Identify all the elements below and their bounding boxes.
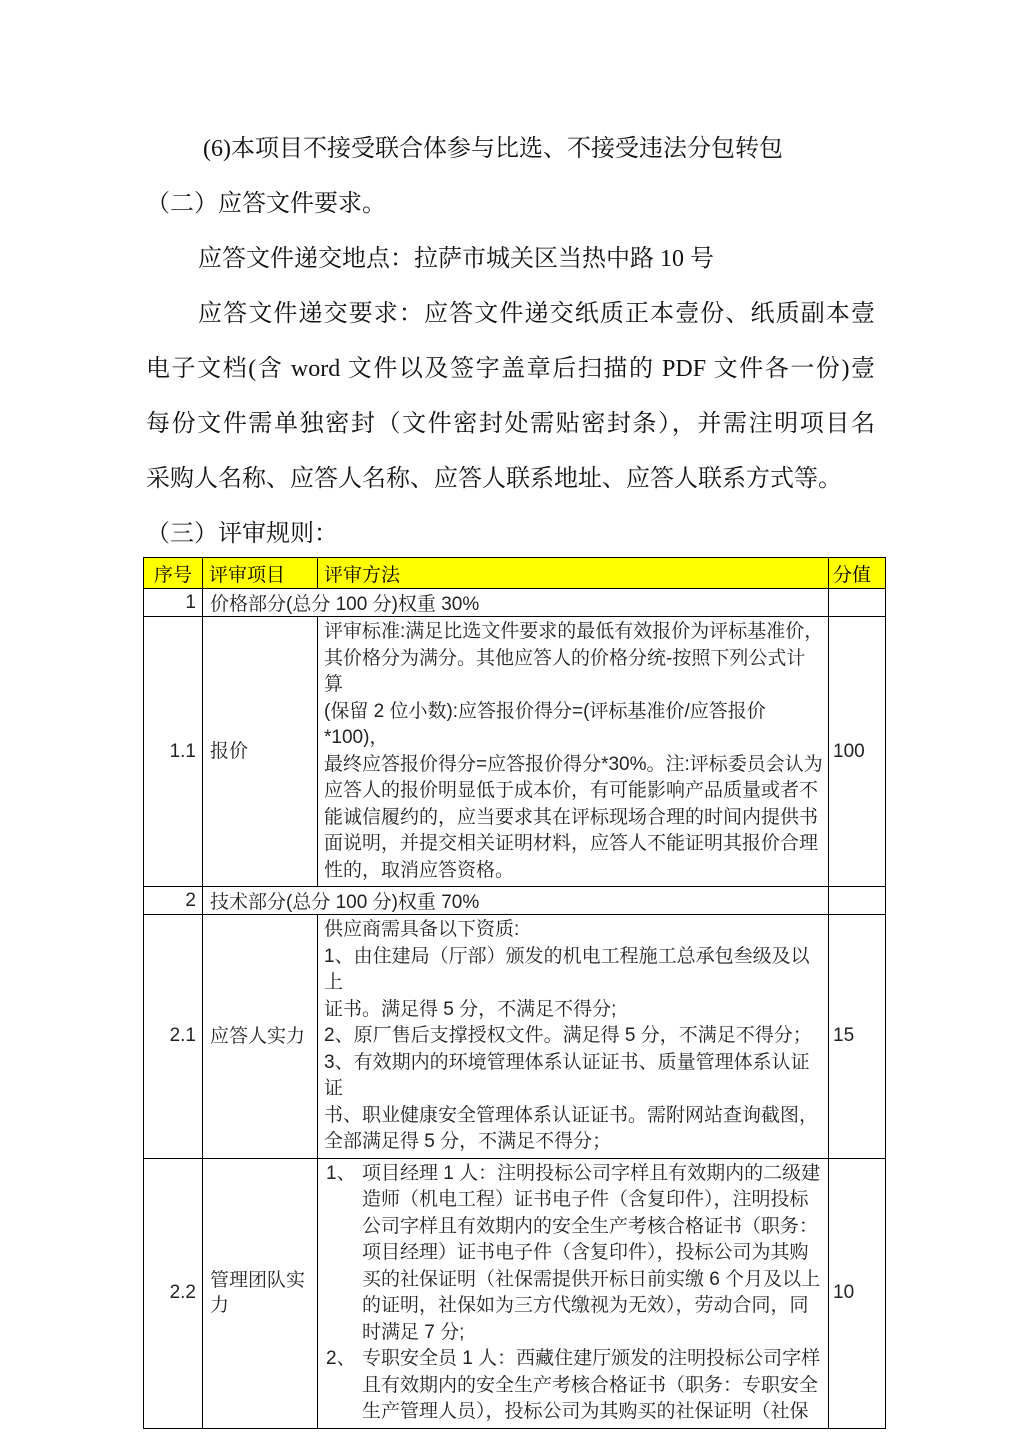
cell-no-1-1: 1.1: [144, 617, 203, 887]
row-1-1-quote: 1.1 报价 评审标准:满足比选文件要求的最低有效报价为评标基准价，其价格分为满…: [144, 617, 886, 887]
evaluation-rules-table: 序号 评审项目 评审方法 分值 1 价格部分(总分 100 分)权重 30% 1…: [143, 557, 886, 1429]
row-2-2-team: 2.2 管理团队实力 1、 项目经理 1 人：注明投标公司字样且有效期内的二级建…: [144, 1158, 886, 1428]
item-marker-2: 2、: [324, 1346, 362, 1373]
cell-item-quote: 报价: [203, 617, 318, 887]
cell-score-strength: 15: [829, 915, 886, 1159]
method-item-2: 2、 专职安全员 1 人：西藏住建厅颁发的注明投标公司字样且有效期内的安全生产考…: [324, 1346, 824, 1426]
cell-method-quote: 评审标准:满足比选文件要求的最低有效报价为评标基准价，其价格分为满分。其他应答人…: [318, 617, 829, 887]
item-text-1: 项目经理 1 人：注明投标公司字样且有效期内的二级建造师（机电工程）证书电子件（…: [362, 1161, 824, 1347]
cell-score-team: 10: [829, 1158, 886, 1428]
cell-no-1: 1: [144, 589, 203, 617]
doc-line-address: 应答文件递交地点：拉萨市城关区当热中路 10 号: [146, 232, 875, 287]
header-cell-method: 评审方法: [318, 558, 829, 589]
cell-score-1: [829, 589, 886, 617]
doc-line-requirements-3: 每份文件需单独密封（文件密封处需贴密封条），并需注明项目名称、: [146, 397, 875, 452]
cell-title-price: 价格部分(总分 100 分)权重 30%: [203, 589, 829, 617]
cell-no-2-1: 2.1: [144, 915, 203, 1159]
item-text-2: 专职安全员 1 人：西藏住建厅颁发的注明投标公司字样且有效期内的安全生产考核合格…: [362, 1346, 824, 1426]
doc-line-clause6: (6)本项目不接受联合体参与比选、不接受违法分包转包: [146, 122, 875, 177]
cell-title-technical: 技术部分(总分 100 分)权重 70%: [203, 887, 829, 915]
section-row-price: 1 价格部分(总分 100 分)权重 30%: [144, 589, 886, 617]
cell-item-strength: 应答人实力: [203, 915, 318, 1159]
doc-line-requirements-4: 采购人名称、应答人名称、应答人联系地址、应答人联系方式等。: [146, 452, 875, 507]
cell-no-2-2: 2.2: [144, 1158, 203, 1428]
item-marker-1: 1、: [324, 1161, 362, 1188]
method-item-1: 1、 项目经理 1 人：注明投标公司字样且有效期内的二级建造师（机电工程）证书电…: [324, 1161, 824, 1347]
method-text-quote: 评审标准:满足比选文件要求的最低有效报价为评标基准价，其价格分为满分。其他应答人…: [324, 619, 824, 884]
doc-heading-section2: （二）应答文件要求。: [146, 177, 875, 232]
doc-heading-section3: （三）评审规则：: [146, 507, 875, 562]
row-2-1-strength: 2.1 应答人实力 供应商需具备以下资质:1、由住建局（厅部）颁发的机电工程施工…: [144, 915, 886, 1159]
method-text-strength: 供应商需具备以下资质:1、由住建局（厅部）颁发的机电工程施工总承包叁级及以上证书…: [324, 917, 824, 1156]
section-row-technical: 2 技术部分(总分 100 分)权重 70%: [144, 887, 886, 915]
doc-line-requirements-2: 电子文档(含 word 文件以及签字盖章后扫描的 PDF 文件各一份)壹份，: [146, 342, 875, 397]
table-header-row: 序号 评审项目 评审方法 分值: [144, 558, 886, 589]
document-body: (6)本项目不接受联合体参与比选、不接受违法分包转包 （二）应答文件要求。 应答…: [0, 0, 1024, 562]
header-cell-score: 分值: [829, 558, 886, 589]
cell-item-team: 管理团队实力: [203, 1158, 318, 1428]
cell-no-2: 2: [144, 887, 203, 915]
cell-method-team: 1、 项目经理 1 人：注明投标公司字样且有效期内的二级建造师（机电工程）证书电…: [318, 1158, 829, 1428]
cell-method-strength: 供应商需具备以下资质:1、由住建局（厅部）颁发的机电工程施工总承包叁级及以上证书…: [318, 915, 829, 1159]
cell-score-2: [829, 887, 886, 915]
header-cell-item: 评审项目: [203, 558, 318, 589]
doc-line-requirements-1: 应答文件递交要求：应答文件递交纸质正本壹份、纸质副本壹份、: [146, 287, 875, 342]
header-cell-no: 序号: [144, 558, 203, 589]
cell-score-quote: 100: [829, 617, 886, 887]
